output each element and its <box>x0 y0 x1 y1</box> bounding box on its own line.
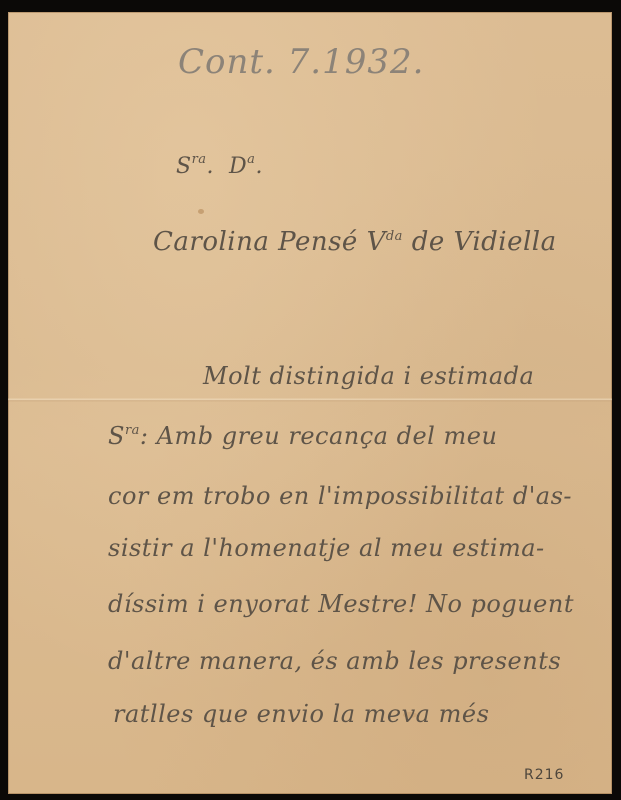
body-line-1: Molt distingida i estimada <box>203 362 534 390</box>
archive-reference: R216 <box>524 767 564 783</box>
fold-crease <box>8 398 612 402</box>
addressee-vda: V <box>367 227 386 257</box>
letter-page: Cont. 7.1932. Sra. Da. Carolina Pensé Vd… <box>8 12 612 794</box>
body-line-7: ratlles que envio la meva més <box>113 700 489 728</box>
body-line-3: cor em trobo en l'impossibilitat d'as- <box>108 482 572 510</box>
salutation-abbreviation: Sra. Da. <box>176 152 263 179</box>
body-line-4: sistir a l'homenatje al meu estima- <box>108 534 545 562</box>
body-line-2: Sra: Amb greu recança del meu <box>108 422 497 450</box>
salutation-first-sup: ra <box>192 152 207 167</box>
salutation-first: S <box>176 154 192 179</box>
line2-prefix-sup: ra <box>125 423 140 438</box>
salutation-second: D <box>229 154 247 179</box>
body-line-5: díssim i enyorat Mestre! No poguent <box>108 590 574 618</box>
addressee-vda-sup: da <box>386 229 403 244</box>
addressee-name-part2: de Vidiella <box>412 227 557 257</box>
ink-stain <box>198 209 204 214</box>
body-line-2-text: : Amb greu recança del meu <box>140 422 497 450</box>
addressee-line: Carolina Pensé Vda de Vidiella <box>153 227 557 257</box>
line2-prefix-letter: S <box>108 422 125 450</box>
body-line-6: d'altre manera, és amb les presents <box>108 647 561 675</box>
pencil-date-note: Cont. 7.1932. <box>178 42 424 82</box>
addressee-name-part1: Carolina Pensé <box>153 227 358 257</box>
